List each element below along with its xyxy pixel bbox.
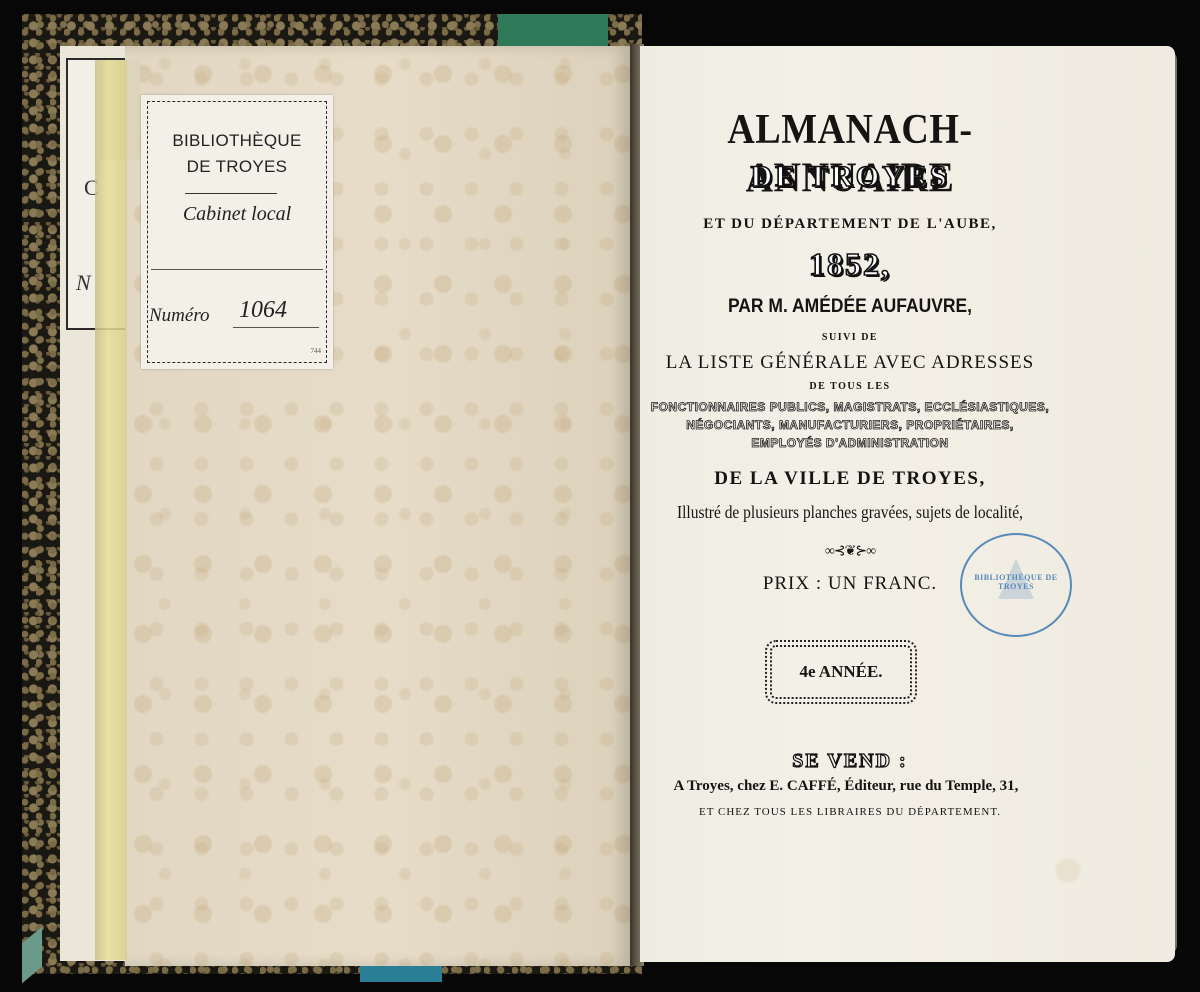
label-line-1: BIBLIOTHÈQUE bbox=[141, 131, 333, 151]
suivi-de: SUIVI DE bbox=[640, 332, 1060, 343]
department-line: ET DU DÉPARTEMENT DE L'AUBE, bbox=[640, 216, 1060, 233]
old-label-letter-n: N bbox=[76, 270, 91, 296]
label-tiny-mark: 744 bbox=[311, 347, 322, 355]
illustre-line: Illustré de plusieurs planches gravées, … bbox=[669, 502, 1030, 523]
label-line-2: DE TROYES bbox=[141, 157, 333, 177]
label-ornament-rule bbox=[185, 193, 277, 194]
label-number-value: 1064 bbox=[239, 297, 287, 324]
label-number-caption: Numéro bbox=[149, 305, 210, 327]
ville-line: DE LA VILLE DE TROYES, bbox=[640, 468, 1060, 490]
se-vend: SE VEND : bbox=[640, 750, 1060, 773]
label-section: Cabinet local bbox=[141, 203, 333, 226]
label-divider bbox=[151, 269, 323, 270]
professions-line-1: FONCTIONNAIRES PUBLICS, MAGISTRATS, ECCL… bbox=[640, 400, 1060, 414]
library-label: BIBLIOTHÈQUE DE TROYES Cabinet local Num… bbox=[141, 95, 333, 369]
de-tous-les: DE TOUS LES bbox=[640, 381, 1060, 392]
subtitle: DE TROYES bbox=[640, 160, 1060, 194]
edition-box: 4e ANNÉE. bbox=[770, 645, 912, 699]
author: PAR M. AMÉDÉE AUFAUVRE, bbox=[657, 296, 1043, 318]
green-spine-tab bbox=[498, 14, 608, 46]
professions-line-3: EMPLOYÉS D'ADMINISTRATION bbox=[640, 436, 1060, 450]
liste-line: LA LISTE GÉNÉRALE AVEC ADRESSES bbox=[640, 352, 1060, 374]
professions-line-2: NÉGOCIANTS, MANUFACTURIERS, PROPRIÉTAIRE… bbox=[640, 418, 1060, 432]
booksellers-line: ET CHEZ TOUS LES LIBRAIRES DU DÉPARTEMEN… bbox=[640, 806, 1060, 818]
yellow-tape-strip bbox=[95, 60, 127, 960]
label-number-rule bbox=[233, 327, 319, 328]
stamp-text: BIBLIOTHÈQUE DE TROYES bbox=[962, 573, 1070, 591]
year: 1852, bbox=[640, 246, 1060, 283]
library-stamp: BIBLIOTHÈQUE DE TROYES bbox=[960, 533, 1072, 637]
publisher-address: A Troyes, chez E. CAFFÉ, Éditeur, rue du… bbox=[636, 778, 1056, 795]
